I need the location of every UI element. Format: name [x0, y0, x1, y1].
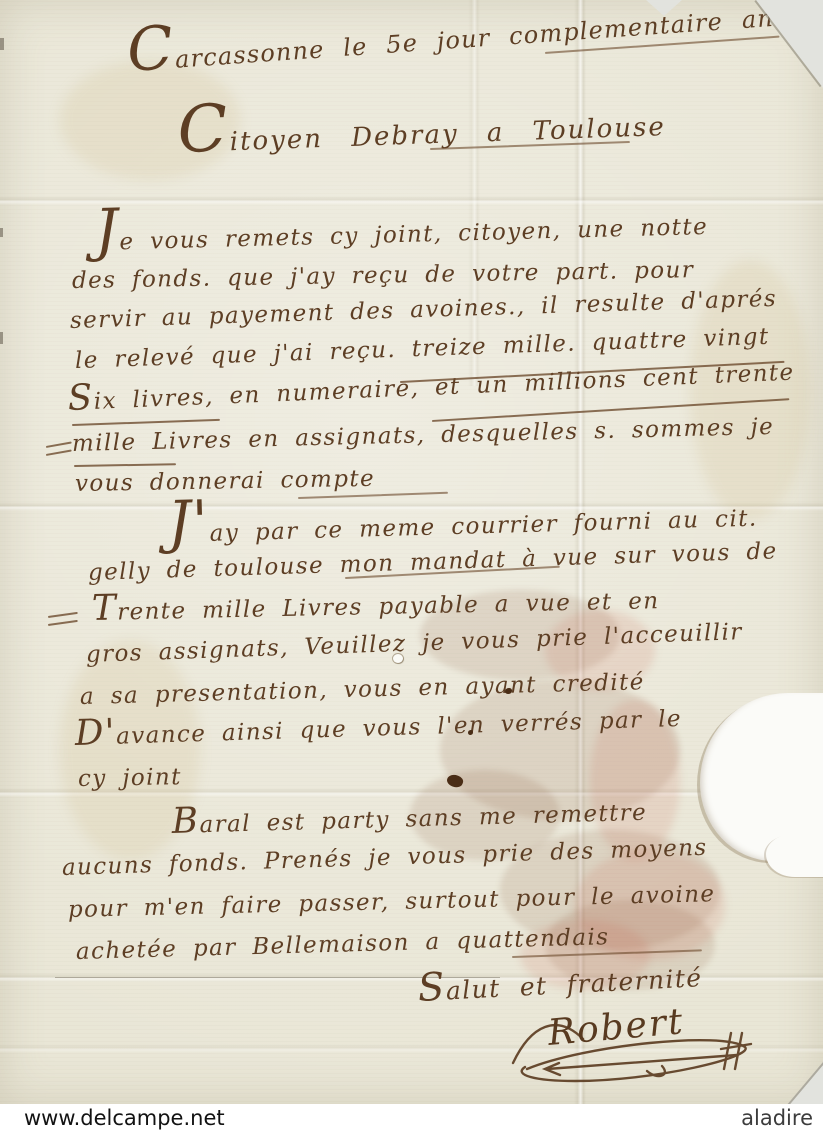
ink-blot — [505, 688, 512, 694]
watermark-seller-name: aladire — [741, 1104, 813, 1132]
paper-edge-nick — [0, 332, 3, 344]
letter-paper: Carcassonne le 5e jour complementaire an… — [0, 0, 823, 1106]
ink-blot — [468, 730, 473, 735]
fold-crease-horizontal — [0, 196, 823, 205]
letter-line: cy joint — [78, 766, 182, 791]
watermark-bar: www.delcampe.net aladire — [0, 1104, 823, 1132]
watermark-site-url: www.delcampe.net — [24, 1104, 225, 1132]
paper-pinhole — [393, 654, 403, 663]
letter-line: vous donnerai compte — [75, 468, 375, 496]
fold-crease-vertical — [468, 0, 480, 386]
torn-hole-notch — [766, 833, 823, 877]
paper-edge-nick — [0, 228, 3, 237]
paper-edge-nick — [0, 38, 4, 50]
